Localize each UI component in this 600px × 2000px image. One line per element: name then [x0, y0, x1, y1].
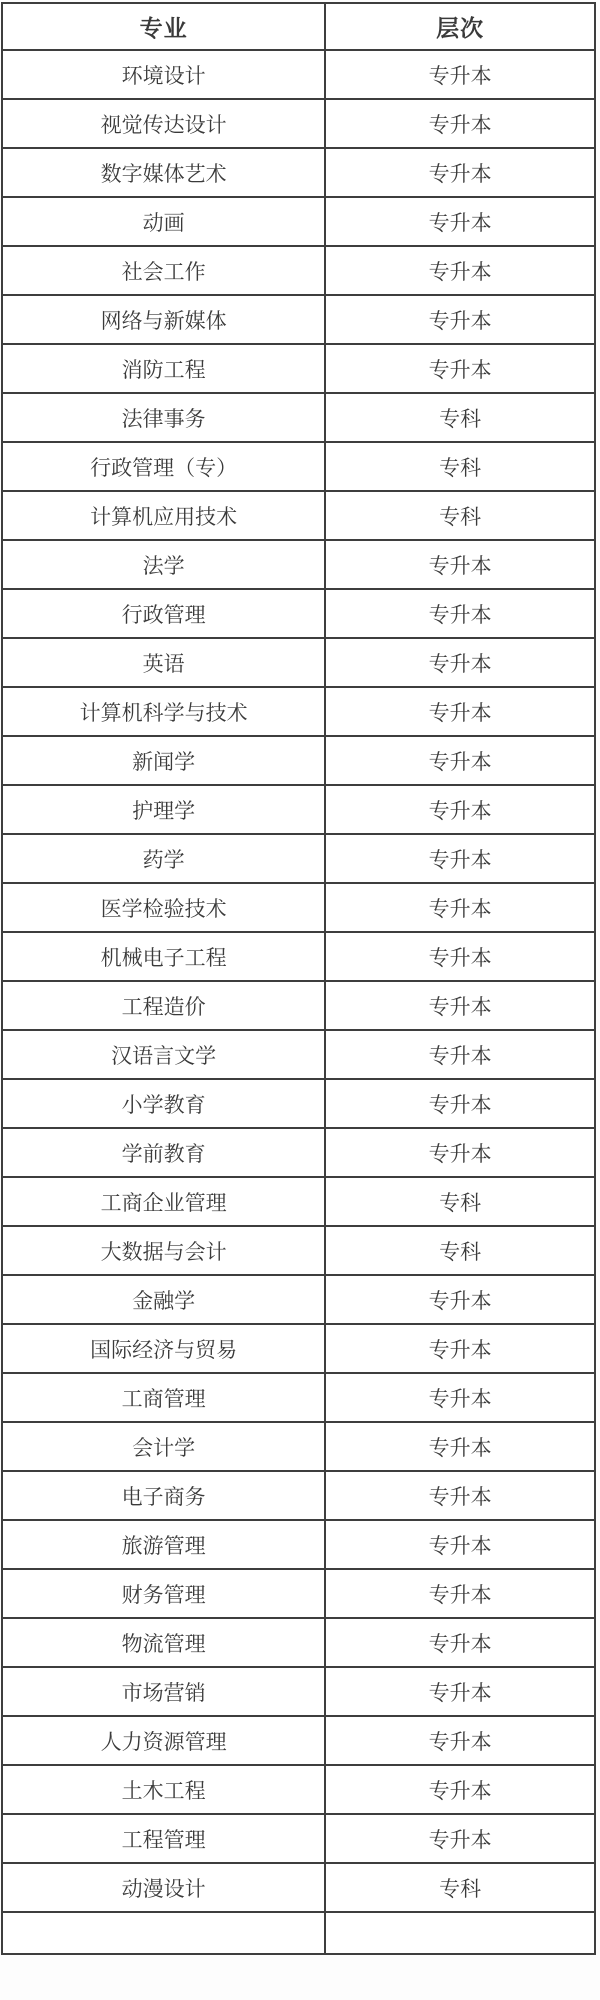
- major-cell: 医学检验技术: [2, 883, 325, 932]
- majors-levels-table: 专业 层次 环境设计 专升本 视觉传达设计 专升本 数字媒体艺术 专升本 动画 …: [1, 2, 596, 1955]
- major-cell: 行政管理: [2, 589, 325, 638]
- major-cell: 旅游管理: [2, 1520, 325, 1569]
- major-cell: 小学教育: [2, 1079, 325, 1128]
- table-row: 电子商务 专升本: [2, 1471, 595, 1520]
- major-cell: 工商管理: [2, 1373, 325, 1422]
- major-cell: 动漫设计: [2, 1863, 325, 1912]
- table-row: 学前教育 专升本: [2, 1128, 595, 1177]
- table-row: 环境设计 专升本: [2, 50, 595, 99]
- table-row: 会计学 专升本: [2, 1422, 595, 1471]
- table-row: 物流管理 专升本: [2, 1618, 595, 1667]
- table-row: 法律事务 专科: [2, 393, 595, 442]
- level-cell: 专升本: [325, 1422, 595, 1471]
- major-cell: 汉语言文学: [2, 1030, 325, 1079]
- table-row: 旅游管理 专升本: [2, 1520, 595, 1569]
- level-cell: 专升本: [325, 1079, 595, 1128]
- major-cell: 学前教育: [2, 1128, 325, 1177]
- level-cell: 专升本: [325, 1128, 595, 1177]
- level-cell: 专升本: [325, 1716, 595, 1765]
- level-cell: 专升本: [325, 638, 595, 687]
- major-cell: 护理学: [2, 785, 325, 834]
- level-cell: 专升本: [325, 1520, 595, 1569]
- major-cell: 工商企业管理: [2, 1177, 325, 1226]
- level-cell: 专升本: [325, 1765, 595, 1814]
- level-cell: 专升本: [325, 148, 595, 197]
- level-cell: 专升本: [325, 1569, 595, 1618]
- level-cell: 专升本: [325, 99, 595, 148]
- table-row: 汉语言文学 专升本: [2, 1030, 595, 1079]
- level-cell: 专升本: [325, 1618, 595, 1667]
- table-row: 社会工作 专升本: [2, 246, 595, 295]
- level-cell-empty: [325, 1912, 595, 1954]
- level-cell: 专升本: [325, 932, 595, 981]
- major-cell: 环境设计: [2, 50, 325, 99]
- major-cell: 社会工作: [2, 246, 325, 295]
- major-cell: 工程管理: [2, 1814, 325, 1863]
- header-row: 专业 层次: [2, 3, 595, 50]
- major-cell: 大数据与会计: [2, 1226, 325, 1275]
- level-cell: 专升本: [325, 50, 595, 99]
- table-row: 动画 专升本: [2, 197, 595, 246]
- table-row: 市场营销 专升本: [2, 1667, 595, 1716]
- major-cell: 市场营销: [2, 1667, 325, 1716]
- table-row: 行政管理（专） 专科: [2, 442, 595, 491]
- major-cell: 电子商务: [2, 1471, 325, 1520]
- level-cell: 专升本: [325, 1373, 595, 1422]
- major-cell: 会计学: [2, 1422, 325, 1471]
- level-cell: 专科: [325, 1863, 595, 1912]
- partial-cut-row: [2, 1912, 595, 1954]
- table-row: 新闻学 专升本: [2, 736, 595, 785]
- level-cell: 专升本: [325, 295, 595, 344]
- table-row: 工程管理 专升本: [2, 1814, 595, 1863]
- column-header-major: 专业: [2, 3, 325, 50]
- major-cell: 法律事务: [2, 393, 325, 442]
- table-row: 计算机科学与技术 专升本: [2, 687, 595, 736]
- table-row: 视觉传达设计 专升本: [2, 99, 595, 148]
- major-cell: 行政管理（专）: [2, 442, 325, 491]
- major-cell: 计算机应用技术: [2, 491, 325, 540]
- major-cell: 动画: [2, 197, 325, 246]
- level-cell: 专升本: [325, 1030, 595, 1079]
- major-cell: 法学: [2, 540, 325, 589]
- table-row: 网络与新媒体 专升本: [2, 295, 595, 344]
- table-row: 工程造价 专升本: [2, 981, 595, 1030]
- level-cell: 专升本: [325, 785, 595, 834]
- level-cell: 专升本: [325, 736, 595, 785]
- level-cell: 专升本: [325, 589, 595, 638]
- level-cell: 专升本: [325, 1667, 595, 1716]
- level-cell: 专科: [325, 1226, 595, 1275]
- table-row: 小学教育 专升本: [2, 1079, 595, 1128]
- level-cell: 专升本: [325, 687, 595, 736]
- table-row: 数字媒体艺术 专升本: [2, 148, 595, 197]
- major-cell: 金融学: [2, 1275, 325, 1324]
- table-row: 药学 专升本: [2, 834, 595, 883]
- major-cell: 人力资源管理: [2, 1716, 325, 1765]
- major-cell: 物流管理: [2, 1618, 325, 1667]
- table-row: 机械电子工程 专升本: [2, 932, 595, 981]
- level-cell: 专升本: [325, 344, 595, 393]
- level-cell: 专升本: [325, 883, 595, 932]
- major-cell: 机械电子工程: [2, 932, 325, 981]
- table-row: 消防工程 专升本: [2, 344, 595, 393]
- column-header-level: 层次: [325, 3, 595, 50]
- table-body: 环境设计 专升本 视觉传达设计 专升本 数字媒体艺术 专升本 动画 专升本 社会…: [2, 50, 595, 1954]
- level-cell: 专升本: [325, 1471, 595, 1520]
- level-cell: 专科: [325, 393, 595, 442]
- level-cell: 专升本: [325, 197, 595, 246]
- page: 专业 层次 环境设计 专升本 视觉传达设计 专升本 数字媒体艺术 专升本 动画 …: [0, 0, 600, 2000]
- major-cell: 财务管理: [2, 1569, 325, 1618]
- level-cell: 专科: [325, 1177, 595, 1226]
- table-row: 金融学 专升本: [2, 1275, 595, 1324]
- table-row: 土木工程 专升本: [2, 1765, 595, 1814]
- table-row: 国际经济与贸易 专升本: [2, 1324, 595, 1373]
- major-cell: 消防工程: [2, 344, 325, 393]
- level-cell: 专升本: [325, 981, 595, 1030]
- major-cell: 视觉传达设计: [2, 99, 325, 148]
- table-row: 动漫设计 专科: [2, 1863, 595, 1912]
- major-cell-empty: [2, 1912, 325, 1954]
- table-row: 工商企业管理 专科: [2, 1177, 595, 1226]
- level-cell: 专升本: [325, 834, 595, 883]
- table-row: 人力资源管理 专升本: [2, 1716, 595, 1765]
- major-cell: 国际经济与贸易: [2, 1324, 325, 1373]
- level-cell: 专科: [325, 442, 595, 491]
- table-row: 行政管理 专升本: [2, 589, 595, 638]
- level-cell: 专升本: [325, 246, 595, 295]
- table-row: 英语 专升本: [2, 638, 595, 687]
- table-row: 计算机应用技术 专科: [2, 491, 595, 540]
- major-cell: 数字媒体艺术: [2, 148, 325, 197]
- major-cell: 新闻学: [2, 736, 325, 785]
- table-row: 法学 专升本: [2, 540, 595, 589]
- major-cell: 英语: [2, 638, 325, 687]
- table-row: 大数据与会计 专科: [2, 1226, 595, 1275]
- major-cell: 计算机科学与技术: [2, 687, 325, 736]
- major-cell: 药学: [2, 834, 325, 883]
- table-row: 护理学 专升本: [2, 785, 595, 834]
- level-cell: 专升本: [325, 540, 595, 589]
- level-cell: 专升本: [325, 1275, 595, 1324]
- major-cell: 网络与新媒体: [2, 295, 325, 344]
- major-cell: 工程造价: [2, 981, 325, 1030]
- table-row: 工商管理 专升本: [2, 1373, 595, 1422]
- table-row: 医学检验技术 专升本: [2, 883, 595, 932]
- level-cell: 专升本: [325, 1324, 595, 1373]
- level-cell: 专升本: [325, 1814, 595, 1863]
- level-cell: 专科: [325, 491, 595, 540]
- major-cell: 土木工程: [2, 1765, 325, 1814]
- table-row: 财务管理 专升本: [2, 1569, 595, 1618]
